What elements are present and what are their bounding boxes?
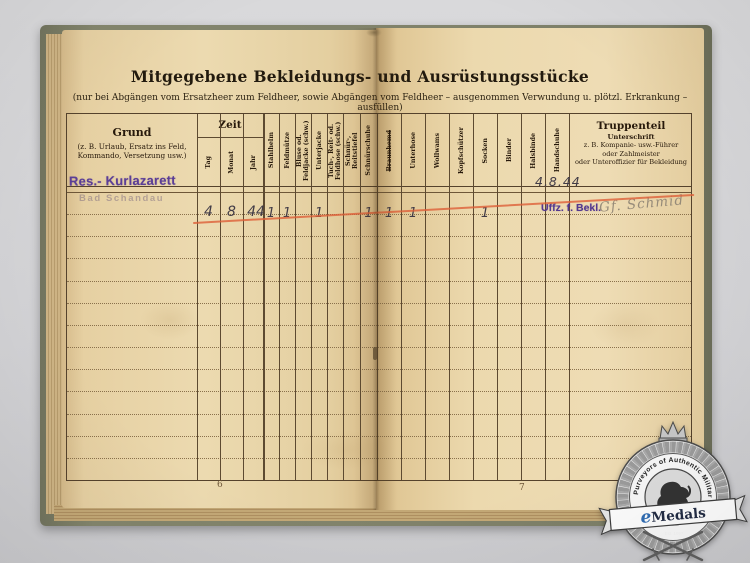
truppenteil-label: Truppenteil [569, 120, 693, 132]
jahr-label: Jahr [250, 155, 257, 170]
column-halsbinde: Halsbinde [521, 114, 545, 480]
document-title: Mitgegebene Bekleidungs- und Ausrüstungs… [40, 67, 680, 86]
item-label: Schnür-, Reitstiefel [345, 117, 359, 184]
column-tag: Tag [197, 114, 220, 480]
column-socken: Socken [473, 114, 497, 480]
entry-month: 8 [220, 204, 243, 220]
item-label: Schnürschuhe [365, 125, 372, 176]
column-kopfschuetzer: Kopfschützer [449, 114, 473, 480]
item-label: Bluse od. Feldjacke (schw.) [296, 117, 310, 184]
tag-label: Tag [205, 156, 212, 169]
grund-label: Grund [67, 126, 197, 139]
column-schnuerschuhe: Schnürschuhe [360, 114, 377, 480]
paper-tear [366, 28, 382, 37]
item-label: Wollwams [434, 133, 441, 168]
monat-label: Monat [228, 151, 235, 174]
column-wollwams: Wollwams [425, 114, 449, 480]
column-bluse: Bluse od. Feldjacke (schw.) [295, 114, 311, 480]
truppenteil-sub-4: oder Unteroffizier für Bekleidung [575, 158, 687, 166]
page-number-left: 6 [217, 480, 223, 490]
established-text: Est. 1997 [665, 531, 684, 536]
photo-of-open-wartime-paybook: Mitgegebene Bekleidungs- und Ausrüstungs… [0, 0, 750, 563]
entry-qty-unterjacke: 1 [311, 206, 327, 221]
column-unterjacke: Unterjacke [311, 114, 327, 480]
item-label-struck: Braunhemd [386, 130, 393, 172]
column-feldmuetze: Feldmütze [279, 114, 295, 480]
column-stahlhelm: Stahlhelm [263, 114, 279, 480]
column-handschuhe: Handschuhe [545, 114, 569, 480]
item-label: Tuch-, Reit- od. Feldhose (schw.) [328, 117, 342, 184]
item-label: Kopfschützer [458, 127, 465, 174]
emedals-watermark-logo: Purveyors of Authentic Militaria eMedals… [598, 417, 748, 563]
item-label: Handschuhe [554, 128, 561, 172]
column-monat: Monat [220, 114, 243, 480]
entry-date-signature-column: 4.8.44 [535, 174, 615, 189]
item-label: Stahlhelm [268, 132, 275, 168]
unit-stamp-line2: Bad Schandau [79, 193, 199, 204]
grund-sub-1: (z. B. Urlaub, Ersatz ins Feld, [77, 142, 186, 151]
unit-stamp-line1: Res.- Kurlazarett [69, 172, 199, 188]
item-label: Binder [506, 138, 513, 162]
truppenteil-sub-3: oder Zahlmeister [602, 150, 660, 158]
truppenteil-sub-1: Unterschrift [569, 133, 693, 141]
column-binder: Binder [497, 114, 521, 480]
column-reitstiefel: Schnür-, Reitstiefel [343, 114, 360, 480]
item-label: Feldmütze [284, 132, 291, 169]
column-header-truppenteil: Truppenteil Unterschrift z. B. Kompanie-… [569, 120, 693, 167]
document-subtitle: (nur bei Abgängen vom Ersatzheer zum Fel… [66, 93, 694, 113]
item-label: Unterjacke [316, 131, 323, 170]
column-unterhose: Unterhose [401, 114, 425, 480]
column-jahr: Jahr [243, 114, 263, 480]
column-braunhemd: Braunhemd [377, 114, 401, 480]
column-feldhose: Tuch-, Reit- od. Feldhose (schw.) [327, 114, 343, 480]
item-label: Halsbinde [530, 133, 537, 169]
entry-day: 4 [197, 204, 220, 220]
item-label: Socken [482, 138, 489, 164]
page-number-right: 7 [519, 483, 525, 493]
grund-sub-2: Kommando, Versetzung usw.) [78, 151, 187, 160]
binding-stitch [373, 347, 377, 360]
truppenteil-sub-2: z. B. Kompanie- usw.-Führer [584, 141, 679, 149]
entry-qty-socken: 1 [473, 206, 497, 221]
item-label: Unterhose [410, 132, 417, 169]
column-header-grund: Grund (z. B. Urlaub, Ersatz ins Feld, Ko… [67, 126, 197, 160]
emedals-badge-icon: Purveyors of Authentic Militaria eMedals… [598, 417, 748, 563]
